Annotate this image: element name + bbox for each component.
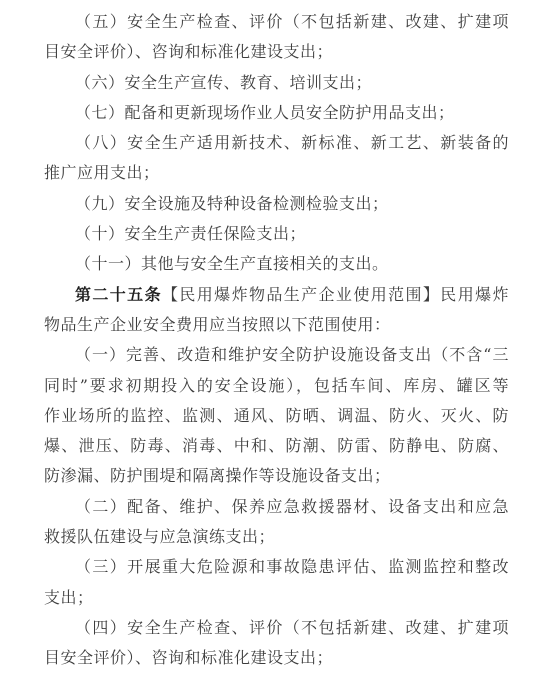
text-line: （九）安全设施及特种设备检测检验支出； bbox=[44, 189, 509, 219]
paragraph-item-5: （五）安全生产检查、评价（不包括新建、改建、扩建项 目安全评价）、咨询和标准化建… bbox=[44, 7, 509, 68]
text-line: （四）安全生产检查、评价（不包括新建、改建、扩建项 bbox=[44, 613, 509, 643]
document-page: （五）安全生产检查、评价（不包括新建、改建、扩建项 目安全评价）、咨询和标准化建… bbox=[44, 7, 509, 674]
text-line: 作业场所的监控、监测、通风、防晒、调温、防火、灭火、防 bbox=[44, 401, 509, 431]
paragraph-item-11: （十一）其他与安全生产直接相关的支出。 bbox=[44, 249, 509, 279]
paragraph-item-9: （九）安全设施及特种设备检测检验支出； bbox=[44, 189, 509, 219]
paragraph-item-4: （四）安全生产检查、评价（不包括新建、改建、扩建项 目安全评价）、咨询和标准化建… bbox=[44, 613, 509, 674]
text-line: 防渗漏、防护围堤和隔离操作等设施设备支出； bbox=[44, 461, 509, 491]
text-line: （六）安全生产宣传、教育、培训支出； bbox=[44, 68, 509, 98]
article-title-and-text: 【民用爆炸物品生产企业使用范围】民用爆炸 bbox=[162, 285, 509, 304]
text-line: （八）安全生产适用新技术、新标准、新工艺、新装备的 bbox=[44, 128, 509, 158]
text-line: （十）安全生产责任保险支出； bbox=[44, 219, 509, 249]
paragraph-item-10: （十）安全生产责任保险支出； bbox=[44, 219, 509, 249]
text-line: 支出； bbox=[44, 583, 509, 613]
text-line: 目安全评价）、咨询和标准化建设支出； bbox=[44, 643, 509, 673]
text-line: 目安全评价）、咨询和标准化建设支出； bbox=[44, 37, 509, 67]
paragraph-item-3: （三）开展重大危险源和事故隐患评估、监测监控和整改 支出； bbox=[44, 552, 509, 613]
text-line: 救援队伍建设与应急演练支出； bbox=[44, 522, 509, 552]
text-line: （七）配备和更新现场作业人员安全防护用品支出； bbox=[44, 98, 509, 128]
text-line: （二）配备、维护、保养应急救援器材、设备支出和应急 bbox=[44, 492, 509, 522]
paragraph-item-7: （七）配备和更新现场作业人员安全防护用品支出； bbox=[44, 98, 509, 128]
paragraph-item-8: （八）安全生产适用新技术、新标准、新工艺、新装备的 推广应用支出； bbox=[44, 128, 509, 189]
paragraph-item-6: （六）安全生产宣传、教育、培训支出； bbox=[44, 68, 509, 98]
paragraph-item-1: （一）完善、改造和维护安全防护设施设备支出（不含“三 同时”要求初期投入的安全设… bbox=[44, 340, 509, 491]
text-line: （五）安全生产检查、评价（不包括新建、改建、扩建项 bbox=[44, 7, 509, 37]
text-line: 物品生产企业安全费用应当按照以下范围使用： bbox=[44, 310, 509, 340]
paragraph-item-2: （二）配备、维护、保养应急救援器材、设备支出和应急 救援队伍建设与应急演练支出； bbox=[44, 492, 509, 553]
article-25-heading: 第二十五条【民用爆炸物品生产企业使用范围】民用爆炸 物品生产企业安全费用应当按照… bbox=[44, 280, 509, 341]
text-line: 同时”要求初期投入的安全设施），包括车间、库房、罐区等 bbox=[44, 371, 509, 401]
article-number: 第二十五条 bbox=[75, 285, 162, 304]
text-line: 第二十五条【民用爆炸物品生产企业使用范围】民用爆炸 bbox=[44, 280, 509, 310]
text-line: （三）开展重大危险源和事故隐患评估、监测监控和整改 bbox=[44, 552, 509, 582]
text-line: （十一）其他与安全生产直接相关的支出。 bbox=[44, 249, 509, 279]
text-line: （一）完善、改造和维护安全防护设施设备支出（不含“三 bbox=[44, 340, 509, 370]
text-line: 推广应用支出； bbox=[44, 158, 509, 188]
text-line: 爆、泄压、防毒、消毒、中和、防潮、防雷、防静电、防腐、 bbox=[44, 431, 509, 461]
